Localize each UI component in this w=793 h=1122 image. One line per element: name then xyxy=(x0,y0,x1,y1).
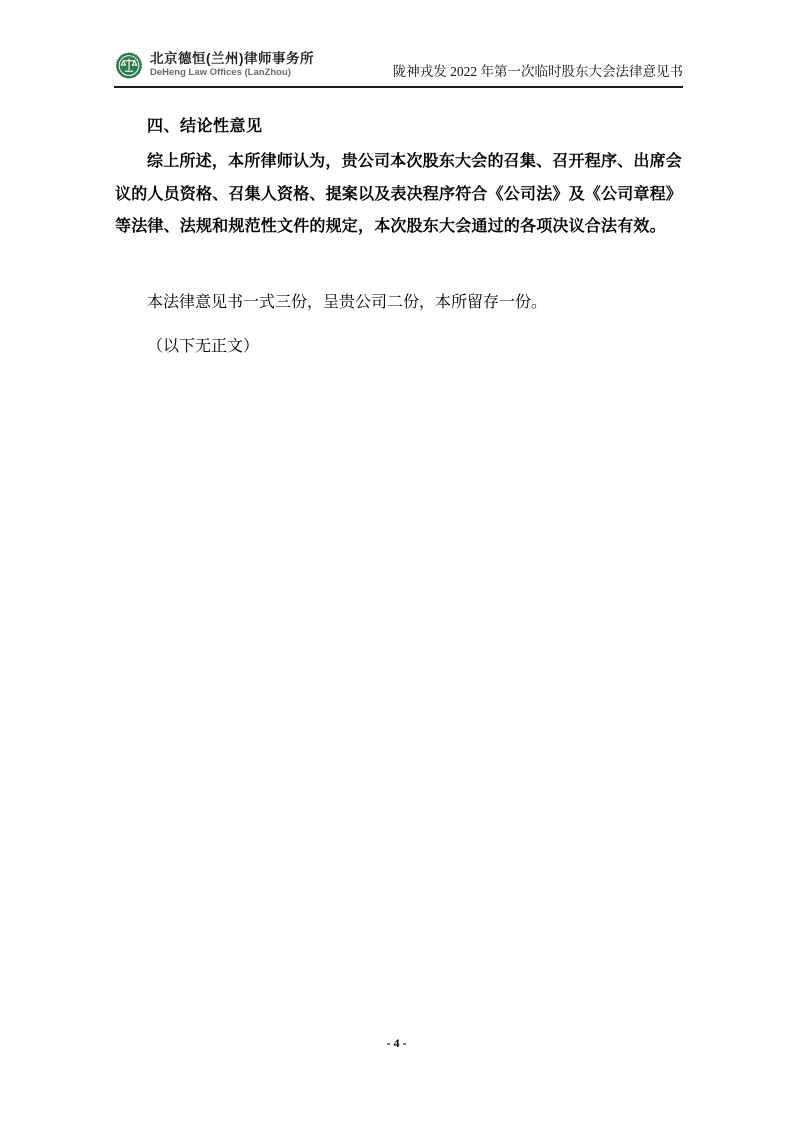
law-firm-identity: 北京德恒(兰州)律师事务所 DeHeng Law Offices (LanZho… xyxy=(114,51,314,86)
law-firm-name-cn: 北京德恒(兰州)律师事务所 xyxy=(150,51,314,67)
scales-of-justice-emblem-icon xyxy=(114,51,144,81)
copies-paragraph: 本法律意见书一式三份，呈贵公司二份，本所留存一份。 xyxy=(115,287,682,320)
page-header: 北京德恒(兰州)律师事务所 DeHeng Law Offices (LanZho… xyxy=(114,50,683,88)
law-firm-names: 北京德恒(兰州)律师事务所 DeHeng Law Offices (LanZho… xyxy=(150,51,314,79)
no-more-text-note: （以下无正文） xyxy=(115,331,682,364)
section-heading: 四、结论性意见 xyxy=(115,111,682,143)
document-page: 北京德恒(兰州)律师事务所 DeHeng Law Offices (LanZho… xyxy=(0,0,793,1122)
document-header-title: 陇神戎发 2022 年第一次临时股东大会法律意见书 xyxy=(393,64,683,86)
page-number: - 4 - xyxy=(0,1036,793,1051)
law-firm-name-en: DeHeng Law Offices (LanZhou) xyxy=(150,67,314,79)
conclusion-paragraph: 综上所述，本所律师认为，贵公司本次股东大会的召集、召开程序、出席会议的人员资格、… xyxy=(115,146,682,244)
